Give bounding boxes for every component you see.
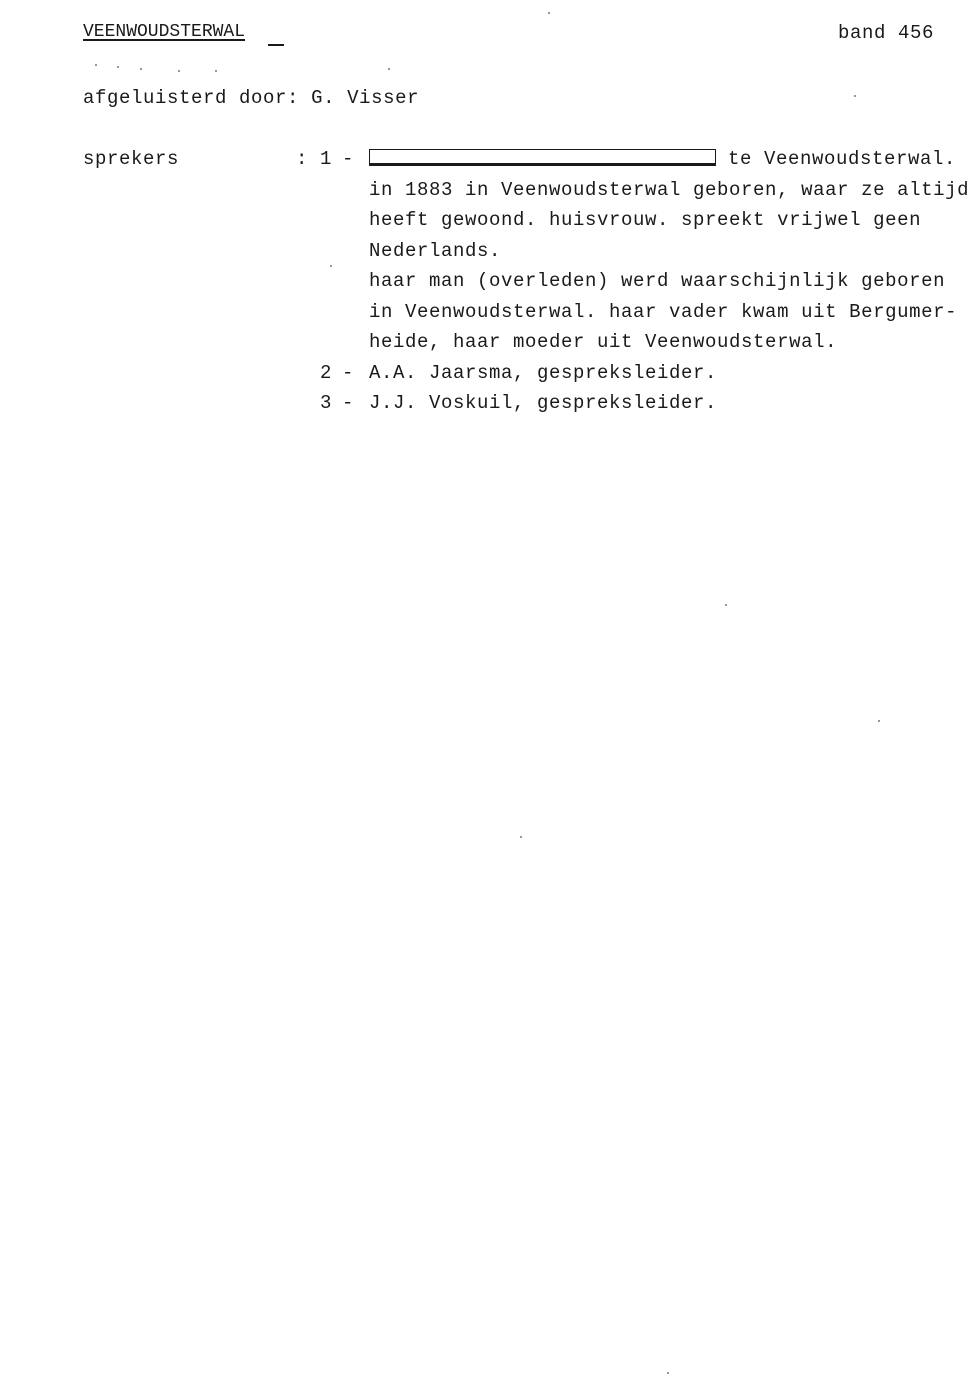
scan-speck [854, 95, 856, 97]
speaker-1-line-1: in 1883 in Veenwoudsterwal geboren, waar… [369, 179, 969, 201]
speaker-2-text: A.A. Jaarsma, gespreksleider. [369, 362, 717, 384]
speaker-2-number: 2 [320, 362, 332, 384]
speaker-1-place: te Veenwoudsterwal. [728, 148, 956, 170]
scan-speck [667, 1372, 669, 1374]
speaker-1-line-4: haar man (overleden) werd waarschijnlijk… [369, 270, 945, 292]
speaker-1-line-2: heeft gewoond. huisvrouw. spreekt vrijwe… [369, 209, 921, 231]
scan-speck [725, 604, 727, 606]
scan-speck [215, 70, 217, 72]
scan-speck [388, 68, 390, 70]
speakers-label: sprekers [83, 148, 179, 170]
scan-speck [548, 12, 550, 14]
scan-speck [178, 70, 180, 72]
speaker-3-text: J.J. Voskuil, gespreksleider. [369, 392, 717, 414]
title-underline-extension [268, 44, 284, 46]
speaker-1-line-5: in Veenwoudsterwal. haar vader kwam uit … [369, 301, 957, 323]
scan-speck [117, 66, 119, 68]
listener-name: G. Visser [311, 87, 419, 109]
tape-label: band 456 [838, 22, 934, 44]
listener-line: afgeluisterd door: G. Visser [83, 87, 419, 109]
scan-speck [95, 64, 97, 66]
listener-label: afgeluisterd door: [83, 87, 299, 109]
speaker-1-dash: - [342, 148, 354, 170]
speaker-1-line-3: Nederlands. [369, 240, 501, 262]
location-title: VEENWOUDSTERWAL [83, 22, 245, 42]
speaker-3-number: 3 [320, 392, 332, 414]
speaker-1-number: 1 [320, 148, 332, 170]
redacted-name-box [369, 149, 716, 166]
scan-speck [878, 720, 880, 722]
scan-speck [520, 836, 522, 838]
speaker-1-line-6: heide, haar moeder uit Veenwoudsterwal. [369, 331, 837, 353]
speaker-2-dash: - [342, 362, 354, 384]
speaker-3-dash: - [342, 392, 354, 414]
scan-speck [330, 265, 332, 267]
speakers-colon: : [296, 148, 308, 170]
scan-speck [140, 68, 142, 70]
